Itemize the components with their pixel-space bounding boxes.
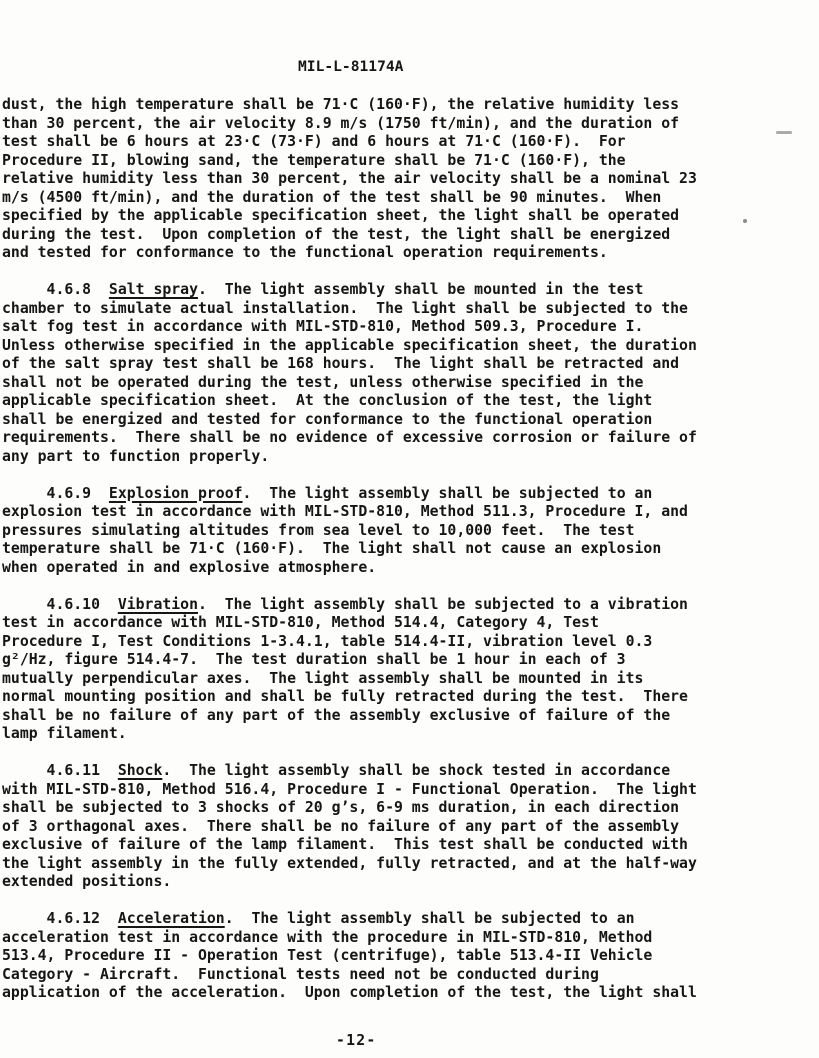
section-number: 4.6.9 bbox=[2, 485, 109, 502]
paragraph-text: . The light assembly shall be shock test… bbox=[2, 762, 697, 890]
section-4-6-8-salt-spray: 4.6.8 Salt spray. The light assembly sha… bbox=[2, 281, 697, 466]
section-4-6-11-shock: 4.6.11 Shock. The light assembly shall b… bbox=[2, 762, 697, 892]
section-title: Shock bbox=[118, 762, 163, 779]
document-body: dust, the high temperature shall be 71·C… bbox=[2, 96, 697, 1003]
section-title: Explosion proof bbox=[109, 485, 243, 502]
section-title: Salt spray bbox=[109, 281, 198, 298]
scan-artifact bbox=[776, 131, 792, 134]
section-title: Acceleration bbox=[118, 910, 225, 927]
paragraph-text: . The light assembly shall be subjected … bbox=[2, 596, 688, 743]
document-header-spec-number: MIL-L-81174A bbox=[298, 58, 403, 77]
page-number: -12- bbox=[336, 1032, 376, 1051]
section-4-6-9-explosion-proof: 4.6.9 Explosion proof. The light assembl… bbox=[2, 485, 697, 578]
paragraph-text: . The light assembly shall be mounted in… bbox=[2, 281, 697, 465]
section-title: Vibration bbox=[118, 596, 198, 613]
paragraph-continuation: dust, the high temperature shall be 71·C… bbox=[2, 96, 697, 263]
section-number: 4.6.11 bbox=[2, 762, 118, 779]
paragraph-text: dust, the high temperature shall be 71·C… bbox=[2, 96, 697, 261]
section-number: 4.6.10 bbox=[2, 596, 118, 613]
scan-artifact bbox=[743, 219, 747, 223]
section-4-6-10-vibration: 4.6.10 Vibration. The light assembly sha… bbox=[2, 596, 697, 744]
section-number: 4.6.12 bbox=[2, 910, 118, 927]
section-number: 4.6.8 bbox=[2, 281, 109, 298]
section-4-6-12-acceleration: 4.6.12 Acceleration. The light assembly … bbox=[2, 910, 697, 1003]
